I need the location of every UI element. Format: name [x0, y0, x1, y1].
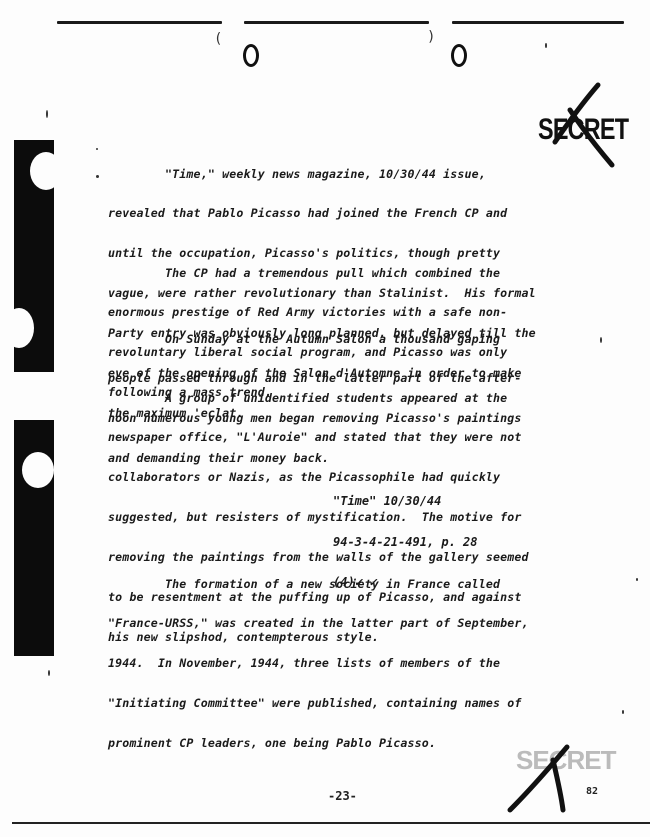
text-line: The CP had a tremendous pull which combi…: [108, 267, 578, 280]
binding-strip-upper: [14, 140, 54, 372]
text-line: revealed that Pablo Picasso had joined t…: [108, 207, 578, 220]
cross-out-mark-icon: [505, 742, 575, 814]
strip-hole: [30, 152, 62, 190]
paren-mark-right: ): [427, 29, 435, 45]
scan-speck: [545, 43, 547, 48]
binding-strip-lower: [14, 420, 54, 656]
top-rule-middle: [244, 21, 429, 24]
paren-mark-left: (: [214, 31, 222, 47]
top-rule-left: [57, 21, 222, 24]
handwritten-note: 82: [586, 786, 598, 797]
paragraph-france-urss: The formation of a new society in France…: [108, 551, 578, 764]
strip-hole: [22, 452, 54, 488]
text-line: "Initiating Committee" were published, c…: [108, 697, 578, 710]
citation-source: "Time" 10/30/44: [333, 495, 478, 509]
page-number: -23-: [328, 789, 357, 803]
text-line: newspaper office, "L'Auroie" and stated …: [108, 431, 578, 444]
scan-speck: [636, 578, 638, 581]
punch-hole-left: [243, 44, 259, 67]
text-line: The formation of a new society in France…: [108, 578, 578, 591]
punch-hole-right: [451, 44, 467, 67]
top-rule-right: [452, 21, 624, 24]
text-line: "France-URSS," was created in the latter…: [108, 617, 578, 630]
scan-speck: [96, 148, 98, 150]
text-line: 1944. In November, 1944, three lists of …: [108, 657, 578, 670]
scan-speck: [622, 710, 624, 714]
scan-speck: [48, 670, 50, 676]
text-line: "Time," weekly news magazine, 10/30/44 i…: [108, 168, 578, 181]
scan-speck: [46, 110, 48, 118]
text-line: A group of unidentified students appeare…: [108, 392, 578, 405]
scan-speck: [96, 175, 99, 178]
bottom-rule: [12, 822, 650, 824]
strip-hole: [4, 308, 34, 348]
citation-file-number: 94-3-4-21-491, p. 28: [333, 536, 478, 550]
scan-speck: [600, 337, 602, 343]
text-line: On Sunday at the Autumn Salon a thousand…: [108, 333, 578, 346]
